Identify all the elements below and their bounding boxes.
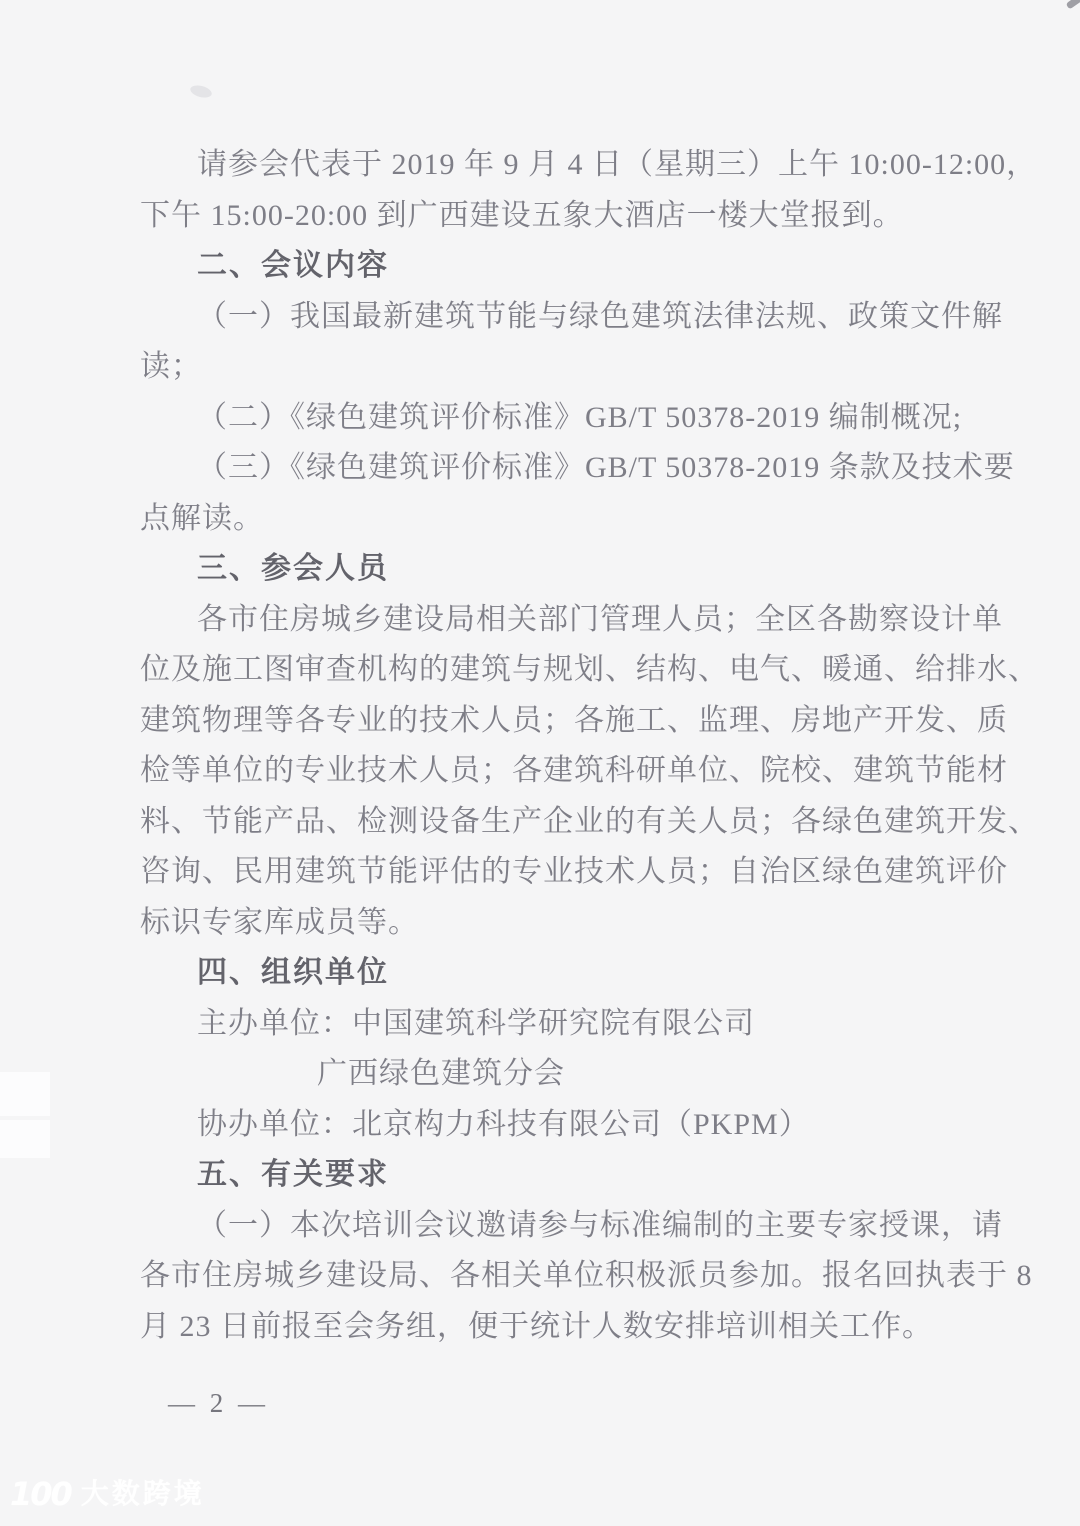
text-line: 点解读。 (140, 494, 970, 545)
text-line: （一）本次培训会议邀请参与标准编制的主要专家授课，请 (140, 1201, 970, 1252)
watermark: 100 大数跨境 (10, 1474, 205, 1514)
text-line: 检等单位的专业技术人员；各建筑科研单位、院校、建筑节能材 (140, 746, 970, 797)
text-line: 主办单位：中国建筑科学研究院有限公司 (140, 999, 970, 1050)
watermark-logo-icon: 100 (10, 1474, 71, 1514)
document-body: 请参会代表于 2019 年 9 月 4 日（星期三）上午 10:00-12:00… (140, 140, 970, 1352)
text-line: 下午 15:00-20:00 到广西建设五象大酒店一楼大堂报到。 (140, 191, 970, 242)
scan-corner-mark (1066, 0, 1080, 10)
text-line: 各市住房城乡建设局相关部门管理人员；全区各勘察设计单 (140, 595, 970, 646)
text-line: 请参会代表于 2019 年 9 月 4 日（星期三）上午 10:00-12:00… (140, 140, 970, 191)
section-heading: 五、有关要求 (140, 1150, 970, 1201)
section-heading: 二、会议内容 (140, 241, 970, 292)
text-line: 料、节能产品、检测设备生产企业的有关人员；各绿色建筑开发、 (140, 797, 970, 848)
text-line: 位及施工图审查机构的建筑与规划、结构、电气、暖通、给排水、 (140, 645, 970, 696)
text-line: 广西绿色建筑分会 (140, 1049, 970, 1100)
scan-edge-patch (0, 1120, 50, 1158)
text-line: 标识专家库成员等。 (140, 898, 970, 949)
section-heading: 四、组织单位 (140, 948, 970, 999)
scan-edge-patch (0, 1072, 50, 1116)
text-line: 读； (140, 342, 970, 393)
watermark-text: 大数跨境 (81, 1474, 205, 1514)
text-line: 咨询、民用建筑节能评估的专业技术人员；自治区绿色建筑评价 (140, 847, 970, 898)
text-line: 建筑物理等各专业的技术人员；各施工、监理、房地产开发、质 (140, 696, 970, 747)
document-page: 请参会代表于 2019 年 9 月 4 日（星期三）上午 10:00-12:00… (0, 0, 1080, 1526)
scan-smudge (189, 83, 213, 99)
text-line: 月 23 日前报至会务组，便于统计人数安排培训相关工作。 (140, 1302, 970, 1353)
text-line: 协办单位：北京构力科技有限公司（PKPM） (140, 1100, 970, 1151)
text-line: （二）《绿色建筑评价标准》GB/T 50378-2019 编制概况; (140, 393, 970, 444)
page-number: — 2 — (168, 1388, 269, 1419)
section-heading: 三、参会人员 (140, 544, 970, 595)
text-line: （一）我国最新建筑节能与绿色建筑法律法规、政策文件解 (140, 292, 970, 343)
text-line: （三）《绿色建筑评价标准》GB/T 50378-2019 条款及技术要 (140, 443, 970, 494)
text-line: 各市住房城乡建设局、各相关单位积极派员参加。报名回执表于 8 (140, 1251, 970, 1302)
